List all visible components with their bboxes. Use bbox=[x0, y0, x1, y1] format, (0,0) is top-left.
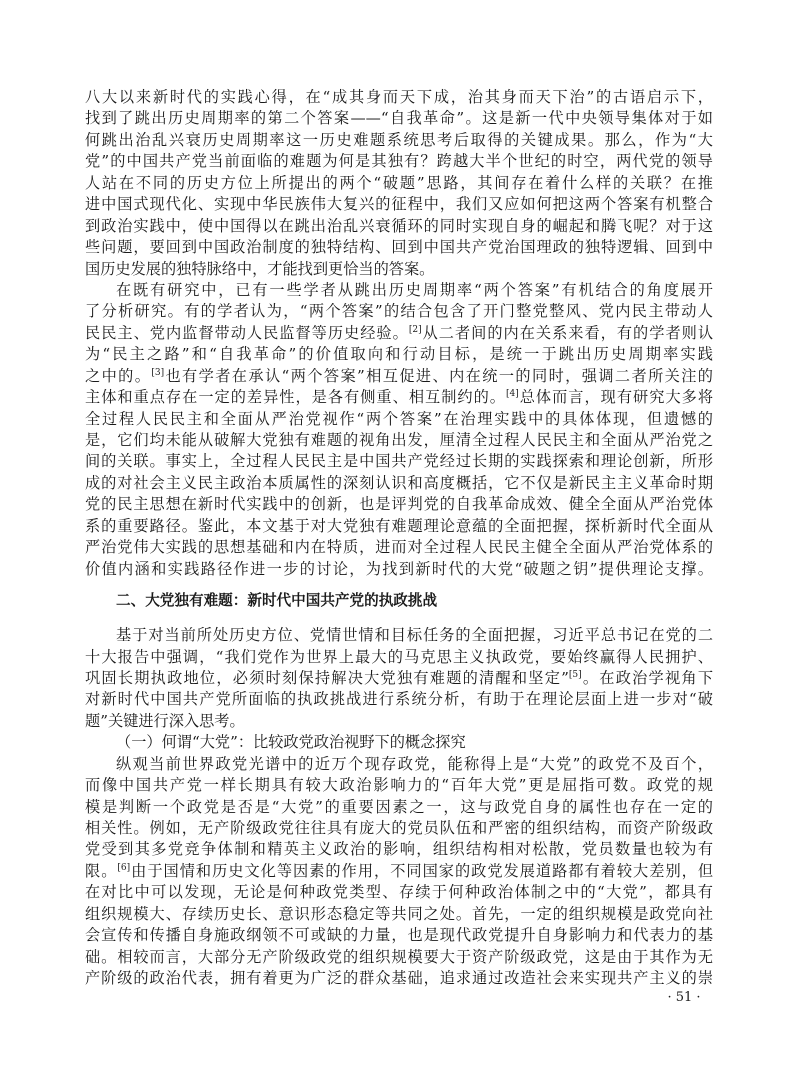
text-line: 对新时代中国共产党所面临的执政挑战进行系统分析，有助于在理论层面上进一步对“破 bbox=[85, 689, 713, 710]
text-line: 何跳出治乱兴衰历史周期率这一历史难题系统思考后取得的关键成果。那么，作为“大 bbox=[85, 130, 713, 151]
text-line: 找到了跳出历史周期率的第二个答案——“自我革命”。这是新一代中央领导集体对于如 bbox=[85, 108, 713, 129]
text-line: 人站在不同的历史方位上所提出的两个“破题”思路，其间存在着什么样的关联？在推 bbox=[85, 173, 713, 194]
intro-paragraph: 八大以来新时代的实践心得，在“成其身而天下成，治其身而天下治”的古语启示下， 找… bbox=[85, 87, 713, 280]
text-line: 间的关联。事实上，全过程人民民主是中国共产党经过长期的实践探索和理论创新，所形 bbox=[85, 451, 713, 472]
literature-review-paragraph: 在既有研究中，已有一些学者从跳出历史周期率“两个答案”有机结合的角度展开 了分析… bbox=[85, 280, 713, 580]
text-segment: 民民主、党内监督带动人民监督等历史经验。 bbox=[85, 324, 409, 342]
text-segment: 从二者间的内在关系来看，有的学者则认 bbox=[422, 324, 713, 342]
text-line: 成的对社会主义民主政治本质属性的深刻认识和高度概括，它不仅是新民主主义革命时期 bbox=[85, 473, 713, 494]
text-segment: 限。 bbox=[85, 862, 117, 880]
text-line: 在对比中可以发现，无论是何种政党类型、存续于何种政治体制之中的“大党”，都具有 bbox=[85, 882, 713, 903]
citation-ref-6[interactable]: [6] bbox=[117, 863, 130, 873]
text-line: 是，它们均未能从破解大党独有难题的视角出发，厘清全过程人民民主和全面从严治党之 bbox=[85, 430, 713, 451]
text-line: 到政治实践中，使中国得以在跳出治乱兴衰循环的同时实现自身的崛起和腾飞呢？对于这 bbox=[85, 216, 713, 237]
subsection-heading: （一）何谓“大党”：比较政党政治视野下的概念探究 bbox=[85, 732, 713, 753]
text-line: 相关性。例如，无产阶级政党往往具有庞大的党员队伍和严密的组织结构，而资产阶级政 bbox=[85, 818, 713, 839]
text-line: 进中国式现代化、实现中华民族伟大复兴的征程中，我们又应如何把这两个答案有机整合 bbox=[85, 194, 713, 215]
text-line: 为“民主之路”和“自我革命”的价值取向和行动目标，是统一于跳出历史周期率实践 bbox=[85, 344, 713, 365]
text-line: 党”的中国共产党当前面临的难题为何是其独有？跨越大半个世纪的时空，两代党的领导 bbox=[85, 151, 713, 172]
text-line: 主体和重点存在一定的差异性，是各有侧重、相互制约的。[4]总体而言，现有研究大多… bbox=[85, 387, 713, 408]
text-line: 党的民主思想在新时代实践中的创新，也是评判党的自我革命成效、健全全面从严治党体 bbox=[85, 494, 713, 515]
text-line: 些问题，要回到中国政治制度的独特结构、回到中国共产党治国理政的独特逻辑、回到中 bbox=[85, 237, 713, 258]
text-line: 而像中国共产党一样长期具有较大政治影响力的“百年大党”更是屈指可数。政党的规 bbox=[85, 775, 713, 796]
citation-ref-2[interactable]: [2] bbox=[409, 325, 422, 335]
text-line: 党受到其多党竞争体制和精英主义政治的影响，组织结构相对松散，党员数量也较为有 bbox=[85, 839, 713, 860]
text-segment: 主体和重点存在一定的差异性，是各有侧重、相互制约的。 bbox=[85, 388, 506, 406]
text-line: 在既有研究中，已有一些学者从跳出历史周期率“两个答案”有机结合的角度展开 bbox=[85, 280, 713, 301]
text-line: 十大报告中强调，“我们党作为世界上最大的马克思主义执政党，要始终赢得人民拥护、 bbox=[85, 647, 713, 668]
page-body: 八大以来新时代的实践心得，在“成其身而天下成，治其身而天下治”的古语启示下， 找… bbox=[85, 87, 713, 990]
text-line: 组织规模大、存续历史长、意识形态稳定等共同之处。首先，一定的组织规模是政党向社 bbox=[85, 904, 713, 925]
text-line: 八大以来新时代的实践心得，在“成其身而天下成，治其身而天下治”的古语启示下， bbox=[85, 87, 713, 108]
citation-ref-5[interactable]: [5] bbox=[569, 670, 582, 680]
section-heading: 二、大党独有难题：新时代中国共产党的执政挑战 bbox=[85, 590, 713, 611]
text-line: 严治党伟大实践的思想基础和内在特质，进而对全过程人民民主健全全面从严治党体系的 bbox=[85, 537, 713, 558]
text-line: 会宣传和传播自身施政纲领不可或缺的力量，也是现代政党提升自身影响力和代表力的基 bbox=[85, 925, 713, 946]
citation-ref-3[interactable]: [3] bbox=[151, 368, 164, 378]
text-line: 纵观当前世界政党光谱中的近万个现存政党，能称得上是“大党”的政党不及百个， bbox=[85, 754, 713, 775]
page-number: · 51 · bbox=[664, 990, 704, 1005]
text-line: 产阶级的政治代表，拥有着更为广泛的群众基础，追求通过改造社会来实现共产主义的崇 bbox=[85, 968, 713, 989]
text-line: 巩固长期执政地位，必须时刻保持解决大党独有难题的清醒和坚定”[5]。在政治学视角… bbox=[85, 668, 713, 689]
text-segment: 也有学者在承认“两个答案”相互促进、内在统一的同时，强调二者所关注的 bbox=[164, 367, 713, 385]
text-line: 价值内涵和实践路径作进一步的讨论，为找到新时代的大党“破题之钥”提供理论支撑。 bbox=[85, 559, 713, 580]
text-segment: 之中的。 bbox=[85, 367, 151, 385]
text-line: 系的重要路径。鉴此，本文基于对大党独有难题理论意蕴的全面把握，探析新时代全面从 bbox=[85, 516, 713, 537]
text-line: 了分析研究。有的学者认为，“两个答案”的结合包含了开门整党整风、党内民主带动人 bbox=[85, 301, 713, 322]
text-line: 基于对当前所处历史方位、党情世情和目标任务的全面把握，习近平总书记在党的二 bbox=[85, 625, 713, 646]
text-segment: 巩固长期执政地位，必须时刻保持解决大党独有难题的清醒和坚定” bbox=[85, 669, 569, 687]
text-line: 题”关键进行深入思考。 bbox=[85, 711, 713, 732]
text-line: 国历史发展的独特脉络中，才能找到更恰当的答案。 bbox=[85, 259, 713, 280]
text-line: 础。相较而言，大部分无产阶级政党的组织规模要大于资产阶级政党，这是由于其作为无 bbox=[85, 947, 713, 968]
text-line: 之中的。[3]也有学者在承认“两个答案”相互促进、内在统一的同时，强调二者所关注… bbox=[85, 366, 713, 387]
text-line: 民民主、党内监督带动人民监督等历史经验。[2]从二者间的内在关系来看，有的学者则… bbox=[85, 323, 713, 344]
text-segment: 总体而言，现有研究大多将 bbox=[519, 388, 713, 406]
section-paragraph: 基于对当前所处历史方位、党情世情和目标任务的全面把握，习近平总书记在党的二 十大… bbox=[85, 625, 713, 732]
citation-ref-4[interactable]: [4] bbox=[506, 389, 519, 399]
text-segment: 。在政治学视角下 bbox=[582, 669, 713, 687]
text-line: 模是判断一个政党是否是“大党”的重要因素之一，这与政党自身的属性也存在一定的 bbox=[85, 797, 713, 818]
text-line: 全过程人民民主和全面从严治党视作“两个答案”在治理实践中的具体体现，但遗憾的 bbox=[85, 409, 713, 430]
text-line: 限。[6]由于国情和历史文化等因素的作用，不同国家的政党发展道路都有着较大差别，… bbox=[85, 861, 713, 882]
text-segment: 由于国情和历史文化等因素的作用，不同国家的政党发展道路都有着较大差别，但 bbox=[130, 862, 713, 880]
subsection-paragraph: 纵观当前世界政党光谱中的近万个现存政党，能称得上是“大党”的政党不及百个， 而像… bbox=[85, 754, 713, 990]
